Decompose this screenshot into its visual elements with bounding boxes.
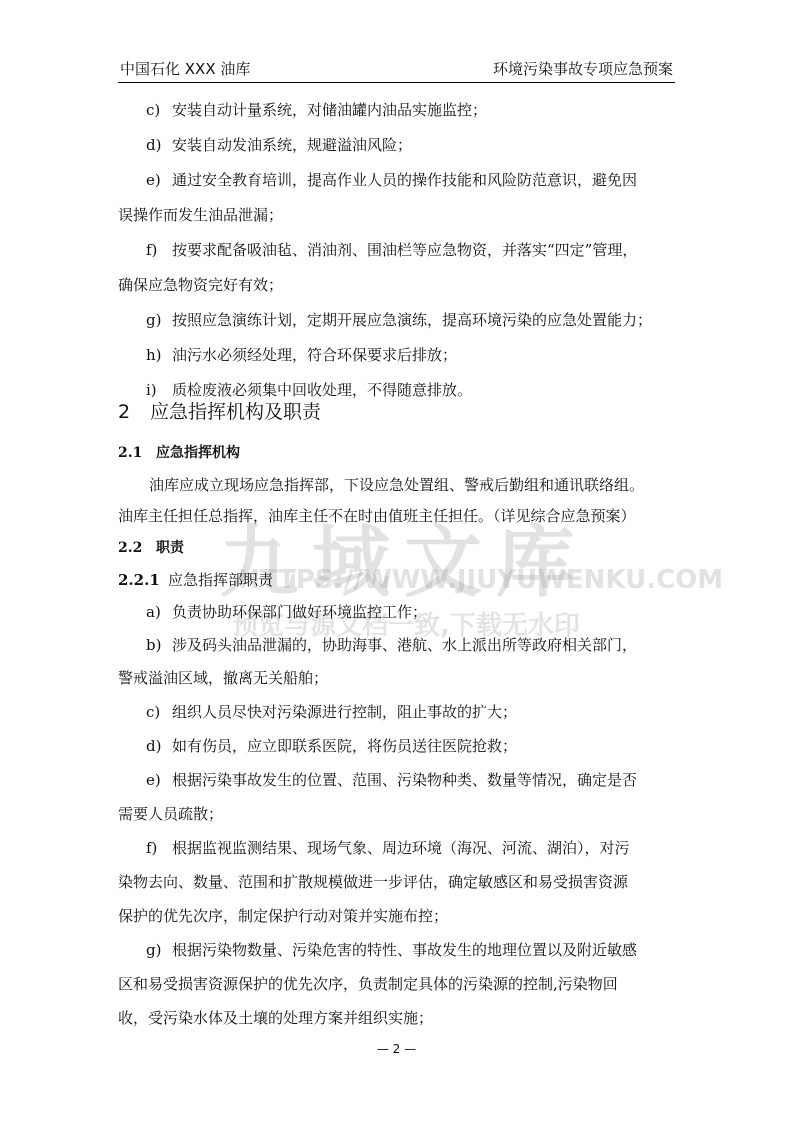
list-item: c)安装自动计量系统，对储油罐内油品实施监控； bbox=[146, 100, 487, 120]
list-item-cont: 染物去向、数量、范围和扩散规模做进一步评估，确定敏感区和易受损害资源 bbox=[118, 872, 628, 892]
header-org: 中国石化 XXX 油库 bbox=[120, 58, 250, 79]
list-item: f)按要求配备吸油毡、消油剂、围油栏等应急物资，并落实“四定”管理， bbox=[146, 240, 637, 260]
subsubsection-heading: 2.2.1应急指挥部职责 bbox=[118, 570, 273, 590]
list-item-cont: 区和易受损害资源保护的优先次序，负责制定具体的污染源的控制,污染物回 bbox=[118, 974, 618, 994]
list-item: g)按照应急演练计划，定期开展应急演练，提高环境污染的应急处置能力； bbox=[146, 310, 652, 330]
list-item-cont: 需要人员疏散； bbox=[118, 804, 223, 824]
header-doc-title: 环境污染事故专项应急预案 bbox=[493, 58, 673, 79]
list-item: a)负责协助环保部门做好环境监控工作； bbox=[146, 602, 427, 622]
list-item: e)根据污染事故发生的位置、范围、污染物种类、数量等情况，确定是否 bbox=[146, 770, 637, 790]
subsection-heading: 2.1应急指挥机构 bbox=[118, 443, 240, 463]
page-header: 中国石化 XXX 油库 环境污染事故专项应急预案 bbox=[118, 58, 675, 83]
list-item-cont: 误操作而发生油品泄漏； bbox=[118, 205, 283, 225]
list-item: d)安装自动发油系统，规避溢油风险； bbox=[146, 135, 412, 155]
list-item: b)涉及码头油品泄漏的，协助海事、港航、水上派出所等政府相关部门， bbox=[146, 635, 637, 655]
list-item: e)通过安全教育培训，提高作业人员的操作技能和风险防范意识，避免因 bbox=[146, 170, 637, 190]
paragraph-cont: 油库主任担任总指挥，油库主任不在时由值班主任担任。（详见综合应急预案） bbox=[118, 506, 636, 526]
list-item: i)质检废液必须集中回收处理，不得随意排放。 bbox=[146, 380, 472, 400]
list-item: f)根据监视监测结果、现场气象、周边环境（海况、河流、湖泊），对污 bbox=[146, 838, 630, 858]
list-item: c)组织人员尽快对污染源进行控制，阻止事故的扩大； bbox=[146, 702, 517, 722]
list-item-cont: 确保应急物资完好有效； bbox=[118, 275, 283, 295]
list-item-cont: 保护的优先次序，制定保护行动对策并实施布控； bbox=[118, 906, 448, 926]
list-item: g)根据污染物数量、污染危害的特性、事故发生的地理位置以及附近敏感 bbox=[146, 940, 637, 960]
list-item: d)如有伤员，应立即联系医院，将伤员送往医院抢救； bbox=[146, 736, 517, 756]
list-item: h)油污水必须经处理，符合环保要求后排放； bbox=[146, 345, 457, 365]
list-item-cont: 警戒溢油区域，撤离无关船舶； bbox=[118, 668, 328, 688]
list-item-cont: 收，受污染水体及土壤的处理方案并组织实施； bbox=[118, 1008, 433, 1028]
section-heading: 2应急指挥机构及职责 bbox=[118, 399, 321, 425]
watermark-url: HTTPS://WWW.JIUYUWENKU.COM bbox=[238, 565, 723, 595]
paragraph: 油库应成立现场应急指挥部，下设应急处置组、警戒后勤组和通讯联络组。 bbox=[149, 475, 644, 495]
subsection-heading: 2.2职责 bbox=[118, 538, 184, 558]
page-number: — 2 — bbox=[0, 1042, 793, 1056]
